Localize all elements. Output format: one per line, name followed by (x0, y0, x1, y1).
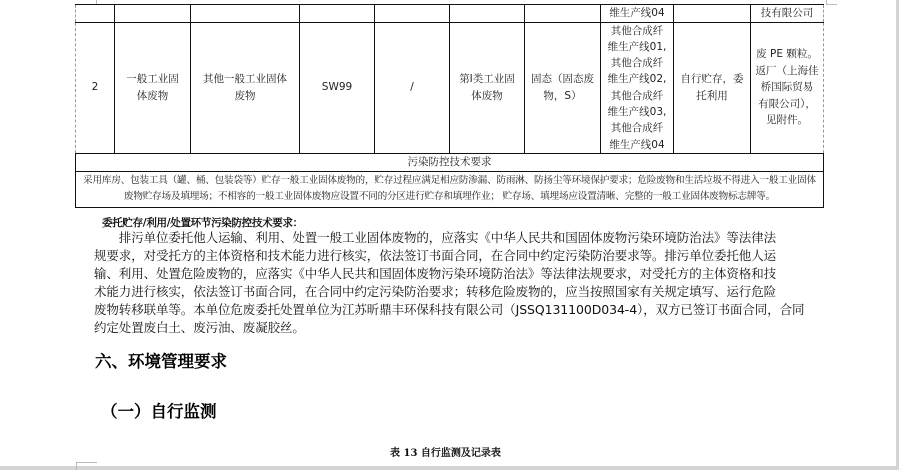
source-line: 其他合成纤 (603, 120, 671, 136)
paragraph-line: 规要求，对受托方的主体资格和技术能力进行核实，依法签订书面合同，在合同中约定污染… (94, 247, 784, 265)
table-section-row: 污染防控技术要求 (76, 153, 824, 171)
table-row-continued: 维生产线04 技有限公司 (76, 5, 824, 23)
destination-line: 废 PE 颗粒。 (753, 46, 821, 63)
table-cell (674, 5, 751, 23)
paragraph-line: 输、利用、处置危险废物的，应落实《中华人民共和国固体废物污染环境防治法》等法律法… (94, 265, 784, 283)
requirements-cell: 采用库房、包装工具（罐、桶、包装袋等）贮存一般工业固体废物的，贮存过程应满足相应… (76, 171, 824, 207)
entrust-paragraph: 排污单位委托他人运输、利用、处置一般工业固体废物的，应落实《中华人民共和国固体废… (94, 229, 784, 337)
hazard-cell: / (375, 22, 450, 153)
entrust-requirements-heading: 委托贮存/利用/处置环节污染防控技术要求： (102, 215, 303, 230)
section-title-cell: 污染防控技术要求 (76, 153, 824, 171)
source-line: 其他合成纤 (603, 23, 671, 39)
page-corner-mark (826, 0, 837, 5)
source-line: 其他合成纤 (603, 88, 671, 104)
table-cell (525, 5, 601, 23)
section-heading: 六、环境管理要求 (95, 348, 227, 372)
waste-code-cell: SW99 (300, 22, 375, 153)
source-line: 维生产线04 (603, 137, 671, 153)
requirements-line: 采用库房、包装工具（罐、桶、包装袋等）贮存一般工业固体废物的，贮存过程应满足相应… (78, 173, 821, 190)
table-cell (76, 5, 115, 23)
destination-line: 返厂（上海佳 (753, 63, 821, 80)
table-cell (450, 5, 525, 23)
source-line: 维生产线01, (603, 39, 671, 55)
source-line: 维生产线02, (603, 71, 671, 87)
table-cell: 维生产线04 (601, 5, 674, 23)
solid-waste-table: 维生产线04 技有限公司 2 一般工业固体废物 其他一般工业固体废物 SW99 … (75, 4, 824, 208)
destination-line: 桥国际贸易 (753, 79, 821, 96)
table-cell (115, 5, 191, 23)
table-cell (300, 5, 375, 23)
source-cell: 其他合成纤 维生产线01, 其他合成纤 维生产线02, 其他合成纤 维生产线03… (601, 22, 674, 153)
requirements-line: 废物贮存场及填埋场；不相容的一般工业固体废物应设置不同的分区进行贮存和填埋作业；… (78, 189, 821, 206)
table-cell: 技有限公司 (751, 5, 824, 23)
page-corner-mark (76, 462, 97, 470)
disposal-method-cell: 自行贮存，委托利用 (674, 22, 751, 153)
page-bottom-edge (0, 466, 899, 470)
subsection-heading: （一）自行监测 (101, 398, 217, 422)
destination-line: 见附件。 (753, 112, 821, 129)
paragraph-line: 排污单位委托他人运输、利用、处置一般工业固体废物的，应落实《中华人民共和国固体废… (94, 229, 784, 247)
paragraph-line: 废物转移联单等。本单位危废委托处置单位为江苏昕鼎丰环保科技有限公司（JSSQ13… (94, 301, 784, 319)
paragraph-line: 术能力进行核实，依法签订书面合同，在合同中约定污染防治要求；转移危险废物的，应当… (94, 283, 784, 301)
table-requirements-row: 采用库房、包装工具（罐、桶、包装袋等）贮存一般工业固体废物的，贮存过程应满足相应… (76, 171, 824, 207)
table-cell (375, 5, 450, 23)
source-line: 其他合成纤 (603, 55, 671, 71)
waste-form-cell: 固态（固态废物，S） (525, 22, 601, 153)
table-caption: 表 13 自行监测及记录表 (390, 444, 501, 459)
paragraph-line: 约定处置废白土、废污油、废凝胶丝。 (94, 319, 784, 337)
source-line: 维生产线03, (603, 104, 671, 120)
destination-line: 有限公司）， (753, 96, 821, 113)
table-cell (191, 5, 300, 23)
waste-type-cell: 第Ⅰ类工业固体废物 (450, 22, 525, 153)
destination-cell: 废 PE 颗粒。 返厂（上海佳 桥国际贸易 有限公司）， 见附件。 (751, 22, 824, 153)
row-index-cell: 2 (76, 22, 115, 153)
waste-name-cell: 其他一般工业固体废物 (191, 22, 300, 153)
waste-category-cell: 一般工业固体废物 (115, 22, 191, 153)
table-row: 2 一般工业固体废物 其他一般工业固体废物 SW99 / 第Ⅰ类工业固体废物 固… (76, 22, 824, 153)
